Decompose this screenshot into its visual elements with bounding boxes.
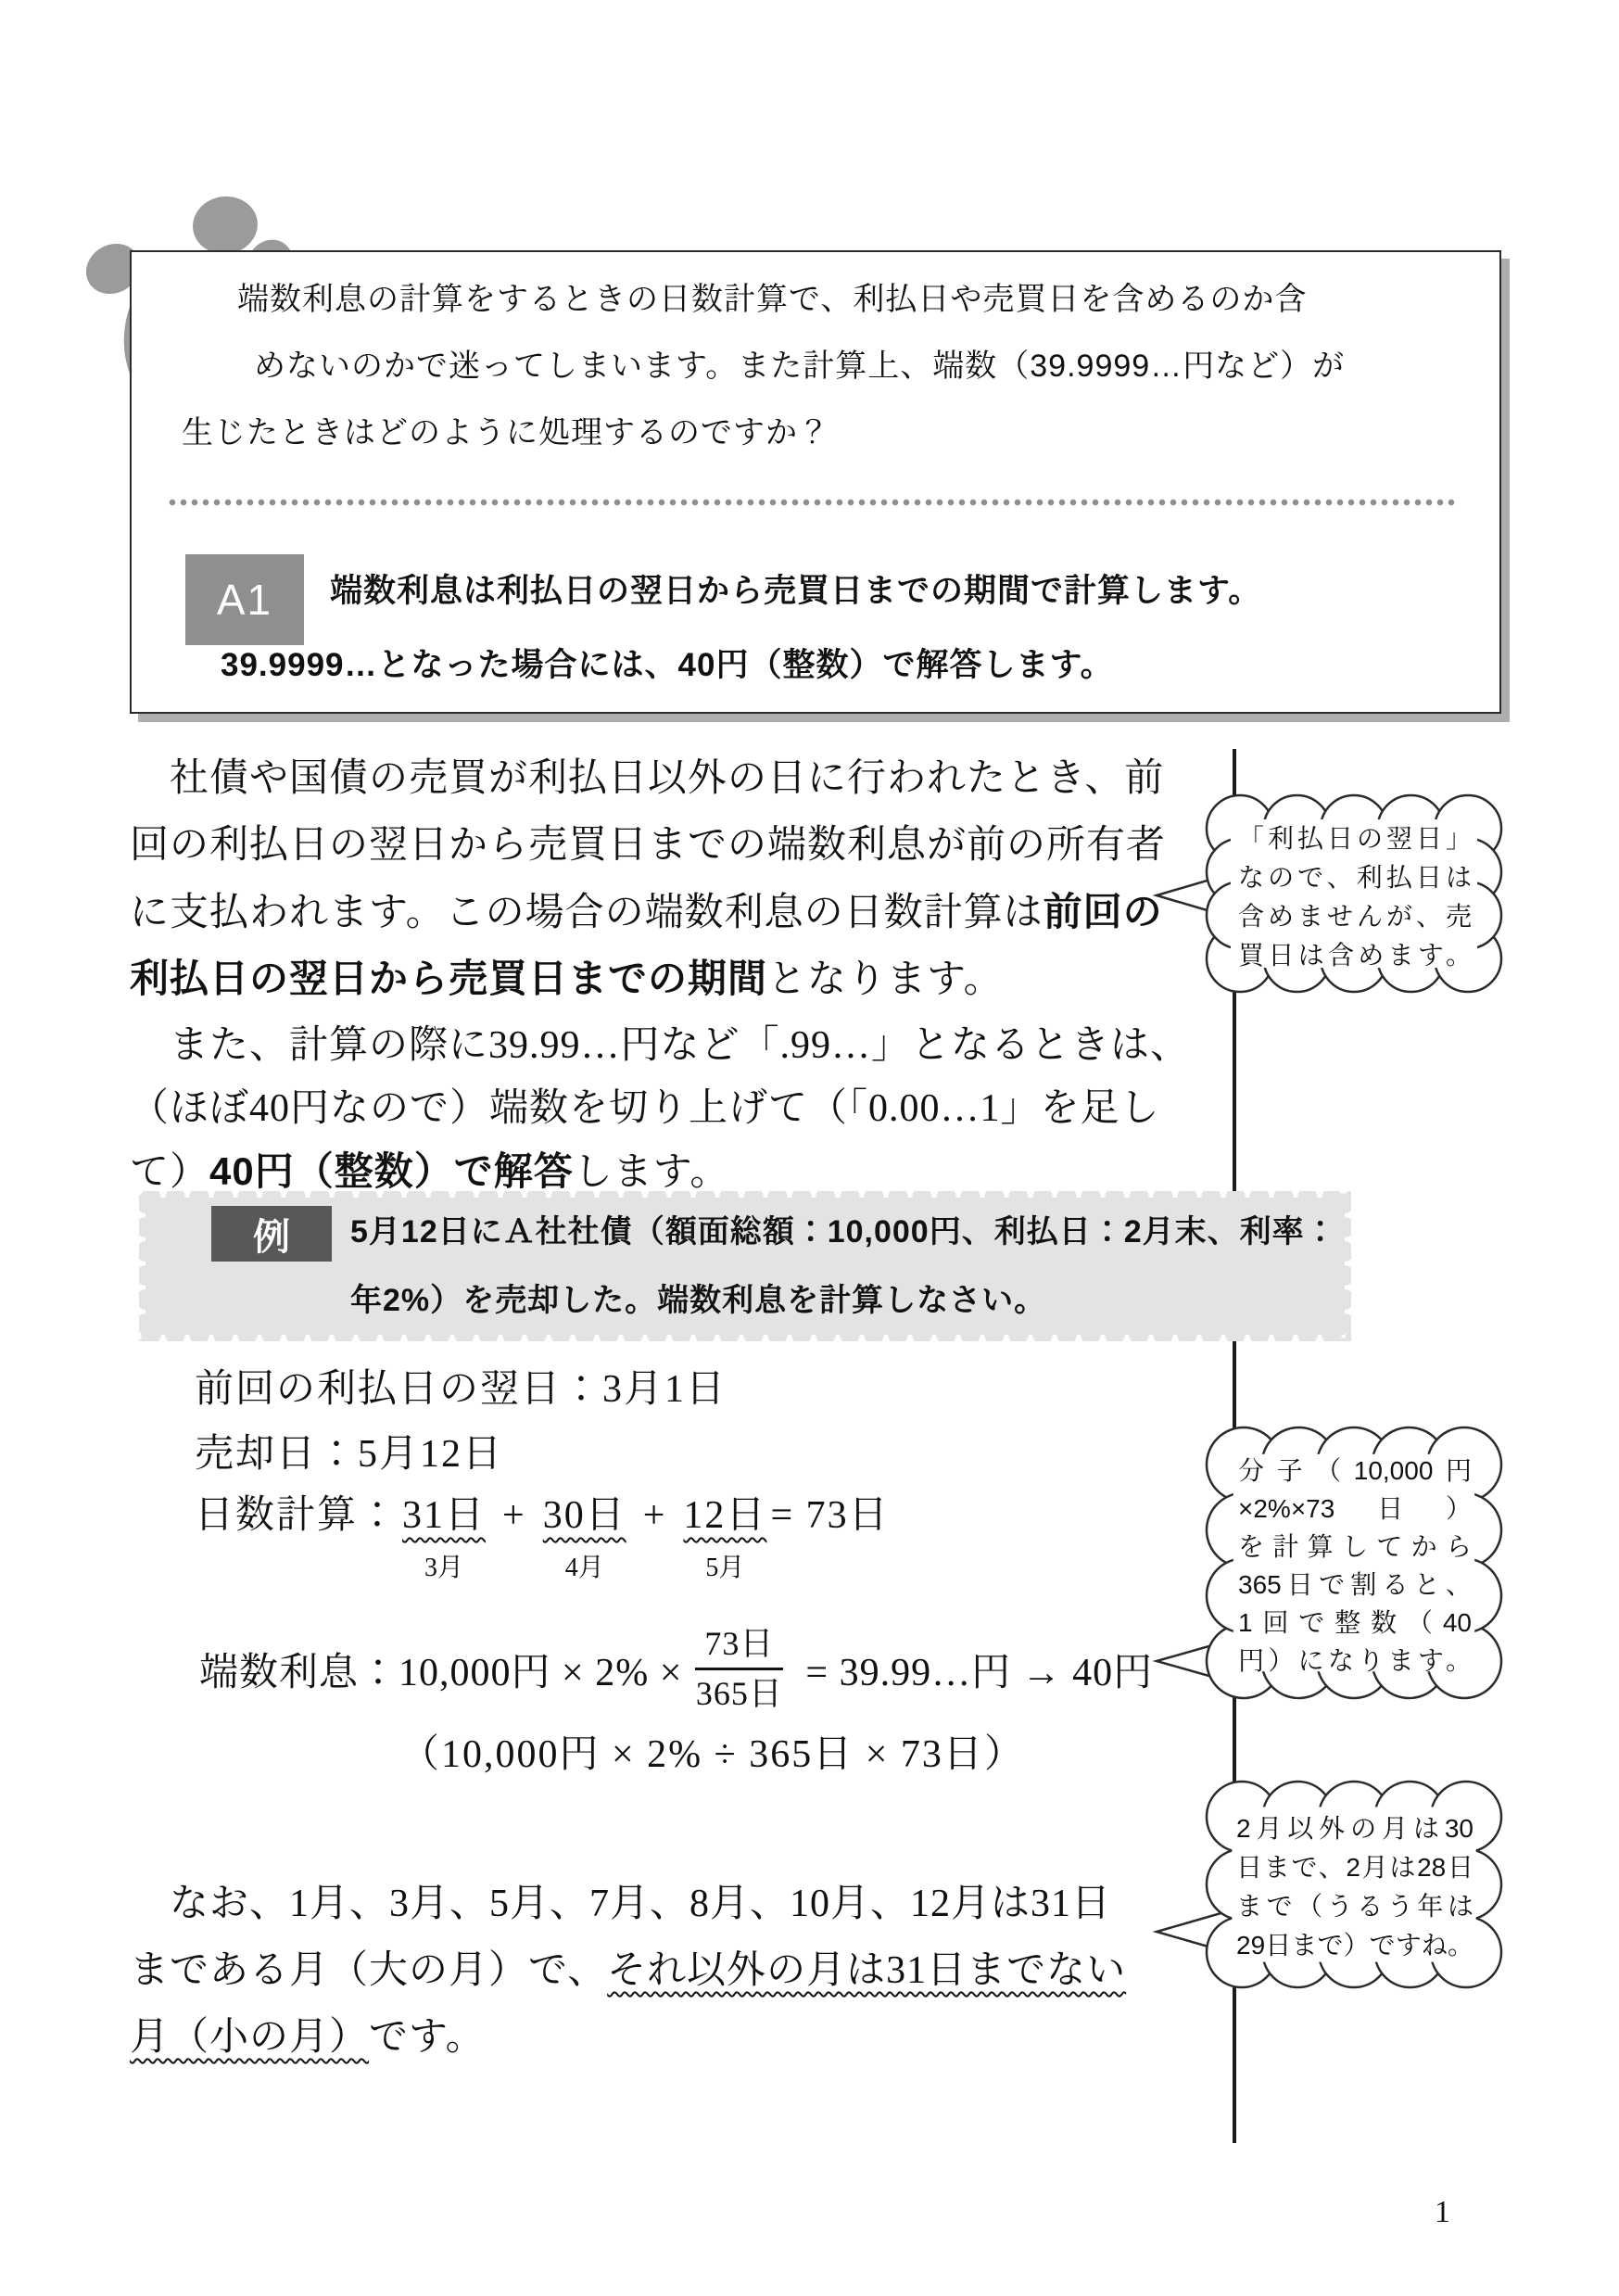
- body-paragraph-line: 利払日の翌日から売買日までの期間となります。: [130, 957, 1004, 1002]
- callout-text: 2月以外の月は30 日まで、2月は28日 まで（うるう年は 29日まで）ですね。: [1207, 1782, 1474, 1965]
- callout-line: 365日で割ると、: [1238, 1566, 1472, 1604]
- example-text-line: 5月12日にＡ社社債（額面総額：10,000円、利払日：2月末、利率：: [350, 1216, 1337, 1248]
- callout-line: 買日は含めます。: [1238, 936, 1472, 975]
- day-count-value: 30日: [543, 1496, 626, 1535]
- day-count-term: 12日 5月: [683, 1496, 766, 1581]
- page-number: 1: [1435, 2195, 1450, 2230]
- emphasized-text: 40円（整数）で解答: [209, 1149, 574, 1193]
- answer-text-line: 39.9999…となった場合には、40円（整数）で解答します。: [221, 649, 1114, 681]
- body-text: です。: [369, 2016, 486, 2059]
- calc-line-payment-date: 前回の利払日の翌日：3月1日: [195, 1370, 727, 1409]
- dotted-separator: [169, 499, 1459, 506]
- example-label-badge: 例: [211, 1206, 332, 1262]
- underlined-text: 月（小の月）: [130, 2016, 369, 2059]
- interest-result: = 39.99…円 → 40円: [805, 1642, 1153, 1697]
- interest-formula: 端数利息： 10,000円 × 2% × 73日 365日 = 39.99…円 …: [199, 1624, 1153, 1714]
- callout-line: 「利払日の翌日」: [1238, 819, 1472, 858]
- callout-line: 円）になります。: [1238, 1642, 1472, 1680]
- example-label: 例: [253, 1208, 290, 1261]
- body-paragraph-line: また、計算の際に39.99…円など「.99…」となるときは、: [130, 1023, 1190, 1068]
- question-box: [130, 250, 1501, 714]
- callout-line: 29日まで）ですね。: [1236, 1926, 1474, 1965]
- interest-pre: 10,000円 × 2% ×: [398, 1642, 682, 1697]
- callout-line: 日まで、2月は28日: [1236, 1848, 1474, 1887]
- interest-label: 端数利息：: [199, 1642, 398, 1697]
- question-text-line: めないのかで迷ってしまいます。また計算上、端数（39.9999…円など）が: [254, 350, 1345, 382]
- textbook-page: Q1 端数利息の計算をするときの日数計算で、利払日や売買日を含めるのか含 めない…: [0, 0, 1619, 2296]
- answer-badge-label: A1: [217, 575, 272, 625]
- calc-line-day-count: 日数計算： 31日 3月 + 30日 4月 + 12日 5月 = 73日: [195, 1496, 890, 1581]
- paw-toe-icon: [189, 192, 261, 258]
- body-paragraph-line: 社債や国債の売買が利払日以外の日に行われたとき、前: [130, 756, 1164, 801]
- callout-bubble: 2月以外の月は30 日まで、2月は28日 まで（うるう年は 29日まで）ですね。: [1207, 1782, 1501, 1987]
- question-text-line: 生じたときはどのように処理するのですか？: [182, 417, 830, 449]
- body-paragraph-line: （ほぼ40円なので）端数を切り上げて（「0.00…1」を足し: [130, 1086, 1160, 1131]
- callout-text: 「利払日の翌日」 なので、利払日は 含めませんが、売 買日は含めます。: [1207, 795, 1472, 975]
- callout-line: なので、利払日は: [1238, 858, 1472, 897]
- callout-line: 1回で整数（40: [1238, 1604, 1472, 1642]
- body-paragraph-line: て）40円（整数）で解答します。: [130, 1149, 729, 1195]
- example-text-line: 年2%）を売却した。端数利息を計算しなさい。: [350, 1285, 1046, 1316]
- day-count-value: 12日: [683, 1496, 766, 1535]
- day-count-term: 30日 4月: [543, 1496, 626, 1581]
- callout-bubble: 「利払日の翌日」 なので、利払日は 含めませんが、売 買日は含めます。: [1207, 795, 1501, 992]
- callout-bubble: 分子（10,000円 ×2%×73日） を計算してから 365日で割ると、 1回…: [1207, 1427, 1501, 1698]
- fraction-denominator: 365日: [696, 1670, 783, 1714]
- day-count-label: 日数計算：: [195, 1496, 398, 1535]
- body-paragraph-line: まである月（大の月）で、それ以外の月は31日までない: [130, 1948, 1126, 1993]
- emphasized-text: 前回の: [1043, 890, 1163, 933]
- fraction-numerator: 73日: [695, 1624, 783, 1670]
- body-paragraph-line: に支払われます。この場合の端数利息の日数計算は前回の: [130, 890, 1163, 935]
- callout-line: 含めませんが、売: [1238, 897, 1472, 936]
- question-text-line: 端数利息の計算をするときの日数計算で、利払日や売買日を含めるのか含: [237, 284, 1307, 315]
- underlined-text: それ以外の月は31日までない: [607, 1949, 1126, 1992]
- callout-line: を計算してから: [1238, 1528, 1472, 1566]
- body-paragraph-line: なお、1月、3月、5月、7月、8月、10月、12月は31日: [130, 1882, 1111, 1926]
- answer-badge: A1: [185, 554, 304, 645]
- calc-line-sale-date: 売却日：5月12日: [195, 1435, 503, 1474]
- fraction: 73日 365日: [695, 1624, 783, 1714]
- callout-line: ×2%×73日）: [1238, 1490, 1472, 1528]
- body-text: となります。: [767, 958, 1004, 1001]
- day-count-term: 31日 3月: [402, 1496, 486, 1581]
- callout-text: 分子（10,000円 ×2%×73日） を計算してから 365日で割ると、 1回…: [1207, 1427, 1472, 1680]
- callout-line: 分子（10,000円: [1238, 1452, 1472, 1490]
- body-paragraph-line: 回の利払日の翌日から売買日までの端数利息が前の所有者: [130, 823, 1166, 868]
- body-text: に支払われます。この場合の端数利息の日数計算は: [130, 892, 1043, 934]
- emphasized-text: 利払日の翌日から売買日までの期間: [130, 957, 767, 1000]
- day-count-value: 31日: [402, 1496, 486, 1535]
- plus-sign: +: [502, 1496, 526, 1535]
- day-count-month: 3月: [424, 1555, 463, 1581]
- day-count-result: = 73日: [770, 1496, 889, 1535]
- body-text: まである月（大の月）で、: [130, 1949, 607, 1992]
- body-text: します。: [574, 1151, 730, 1194]
- callout-line: まで（うるう年は: [1236, 1887, 1474, 1926]
- answer-text-line: 端数利息は利払日の翌日から売買日までの期間で計算します。: [330, 575, 1261, 607]
- day-count-month: 4月: [565, 1555, 604, 1581]
- plus-sign: +: [643, 1496, 667, 1535]
- interest-formula-alt: （10,000円 × 2% ÷ 365日 × 73日）: [400, 1735, 1025, 1774]
- day-count-month: 5月: [705, 1555, 744, 1581]
- callout-line: 2月以外の月は30: [1236, 1809, 1474, 1848]
- body-text: て）: [130, 1151, 209, 1194]
- body-paragraph-line: 月（小の月）です。: [130, 2015, 486, 2060]
